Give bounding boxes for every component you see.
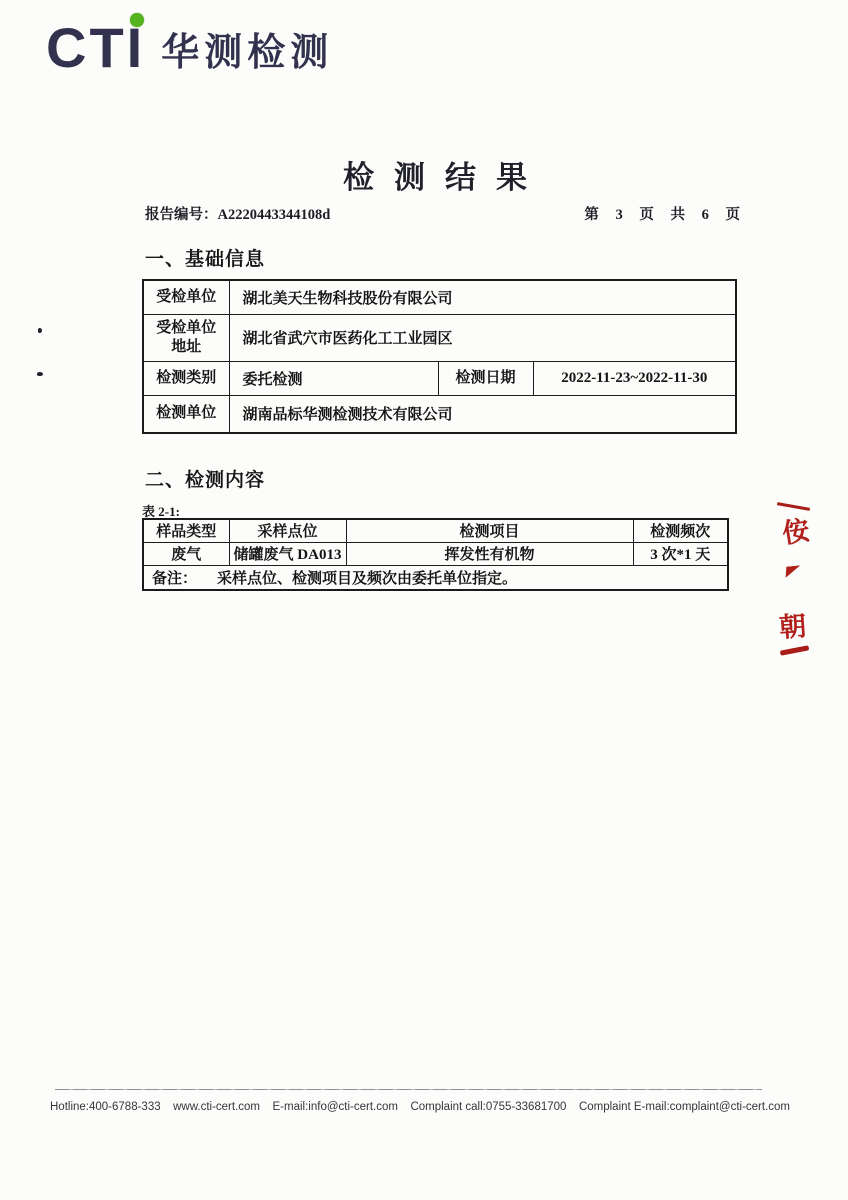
report-header-line: 报告编号：A2220443344108d 第 3 页 共 6 页 [145, 203, 740, 224]
row-label-line2: 地址 [144, 338, 229, 357]
section-heading-test-content: 二、检测内容 [145, 465, 265, 492]
row-value: 湖北省武穴市医药化工工业园区 [229, 314, 736, 361]
column-header: 检测频次 [633, 519, 728, 542]
cti-logo-letters: CTI [46, 20, 145, 76]
scan-speck [38, 328, 42, 333]
footer-complaint-call: Complaint call:0755-33681700 [410, 1101, 566, 1113]
scanned-report-page: CTI 华测检测 检测结果 报告编号：A2220443344108d 第 3 页… [0, 0, 848, 1200]
footer-email: E-mail:info@cti-cert.com [273, 1101, 398, 1113]
column-header: 采样点位 [229, 519, 346, 542]
table-row: 受检单位 地址 湖北省武穴市医药化工工业园区 [143, 314, 736, 361]
row-label-2: 检测日期 [438, 361, 533, 395]
test-item-cell: 挥发性有机物 [346, 542, 633, 565]
row-value-2: 2022-11-23~2022-11-30 [533, 361, 736, 395]
footer-complaint-email: Complaint E-mail:complaint@cti-cert.com [579, 1101, 790, 1113]
footer-website: www.cti-cert.com [173, 1101, 260, 1113]
report-number: 报告编号：A2220443344108d [145, 203, 330, 224]
column-header: 样品类型 [143, 519, 229, 542]
page-title: 检测结果 [150, 152, 720, 197]
page-indicator: 第 3 页 共 6 页 [584, 203, 740, 224]
row-label: 检测类别 [143, 361, 229, 395]
note-cell: 备注：采样点位、检测项目及频次由委托单位指定。 [143, 565, 728, 590]
basic-info-table: 受检单位 湖北美天生物科技股份有限公司 受检单位 地址 湖北省武穴市医药化工工业… [142, 279, 737, 434]
stamp-fragment-glyph: 侒 [779, 508, 812, 551]
table-row: 检测类别 委托检测 检测日期 2022-11-23~2022-11-30 [143, 361, 736, 395]
footer-hotline: Hotline:400-6788-333 [50, 1101, 161, 1113]
scan-speck [37, 372, 43, 376]
sampling-point-cell: 储罐废气 DA013 [229, 542, 346, 565]
table-row: 受检单位 湖北美天生物科技股份有限公司 [143, 280, 736, 314]
footer-contact-bar: Hotline:400-6788-333 www.cti-cert.com E-… [50, 1101, 790, 1113]
stamp-fragment-glyph: 朝 [778, 604, 808, 645]
column-header: 检测项目 [346, 519, 633, 542]
cti-logo: CTI 华测检测 [46, 20, 333, 76]
cti-logo-text: CTI [46, 16, 145, 79]
report-number-label: 报告编号： [145, 207, 218, 223]
footer-divider [55, 1089, 762, 1090]
row-label: 受检单位 地址 [143, 314, 229, 361]
table-header-row: 样品类型 采样点位 检测项目 检测频次 [143, 519, 728, 542]
row-label-line1: 受检单位 [144, 319, 229, 338]
test-content-table: 样品类型 采样点位 检测项目 检测频次 废气 储罐废气 DA013 挥发性有机物… [142, 518, 729, 591]
row-label: 受检单位 [143, 280, 229, 314]
row-label: 检测单位 [143, 395, 229, 433]
row-value: 委托检测 [229, 361, 438, 395]
row-value: 湖南品标华测检测技术有限公司 [229, 395, 736, 433]
stamp-fragment-dash [780, 645, 809, 655]
section-heading-basic-info: 一、基础信息 [145, 244, 265, 271]
row-value: 湖北美天生物科技股份有限公司 [229, 280, 736, 314]
company-name-logo: 华测检测 [161, 34, 333, 76]
stamp-fragment-triangle [784, 565, 801, 578]
sample-type-cell: 废气 [143, 542, 229, 565]
note-text: 采样点位、检测项目及频次由委托单位指定。 [217, 571, 517, 587]
report-number-value: A2220443344108d [218, 207, 331, 223]
table-row: 废气 储罐废气 DA013 挥发性有机物 3 次*1 天 [143, 542, 728, 565]
table-note-row: 备注：采样点位、检测项目及频次由委托单位指定。 [143, 565, 728, 590]
table-row: 检测单位 湖南品标华测检测技术有限公司 [143, 395, 736, 433]
frequency-cell: 3 次*1 天 [633, 542, 728, 565]
note-label: 备注： [152, 571, 197, 587]
